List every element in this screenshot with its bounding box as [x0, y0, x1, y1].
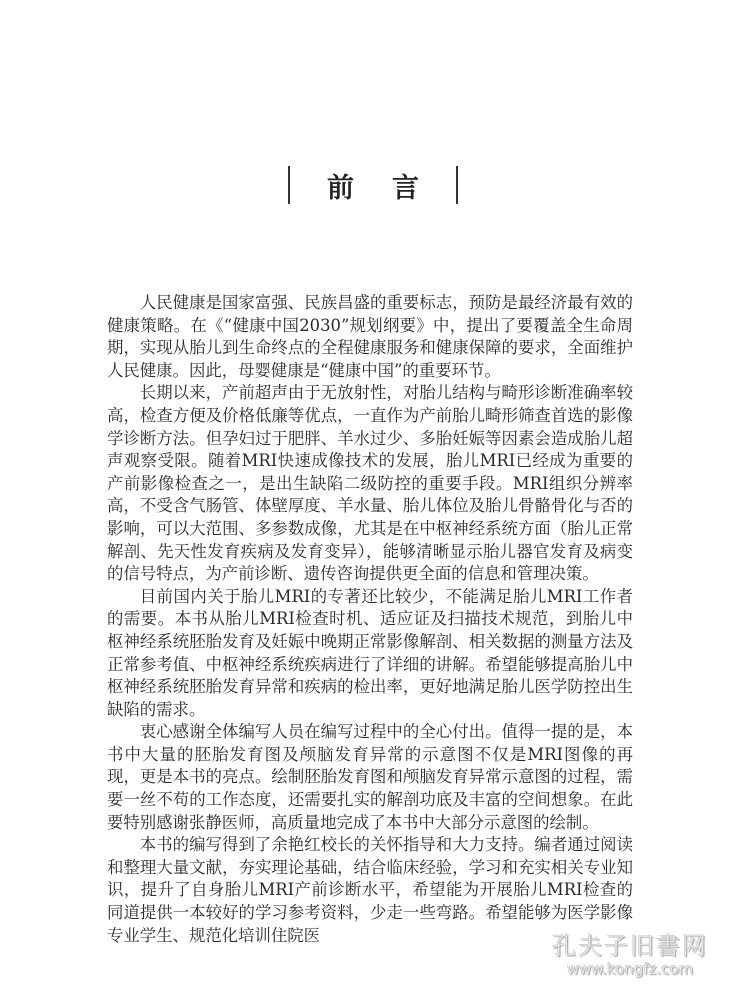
- preface-body: 人民健康是国家富强、民族昌盛的重要标志，预防是最经济最有效的健康策略。在《“健康…: [107, 292, 633, 947]
- watermark-title: 孔夫子旧書网: [545, 932, 715, 960]
- paragraph: 目前国内关于胎儿MRI的专著还比较少，不能满足胎儿MRI工作者的需要。本书从胎儿…: [107, 586, 633, 722]
- page-title-frame: 前言: [288, 166, 458, 204]
- paragraph: 长期以来，产前超声由于无放射性，对胎儿结构与畸形诊断准确率较高，检查方便及价格低…: [107, 382, 633, 585]
- paragraph: 本书的编写得到了余艳红校长的关怀指导和大力支持。编者通过阅读和整理大量文献，夯实…: [107, 834, 633, 947]
- paragraph: 衷心感谢全体编写人员在编写过程中的全心付出。值得一提的是，本书中大量的胚胎发育图…: [107, 721, 633, 834]
- paragraph: 人民健康是国家富强、民族昌盛的重要标志，预防是最经济最有效的健康策略。在《“健康…: [107, 292, 633, 382]
- page-title: 前言: [327, 166, 457, 205]
- watermark-url: www.kongfz.com: [545, 960, 715, 978]
- watermark: 孔夫子旧書网 www.kongfz.com: [545, 932, 715, 978]
